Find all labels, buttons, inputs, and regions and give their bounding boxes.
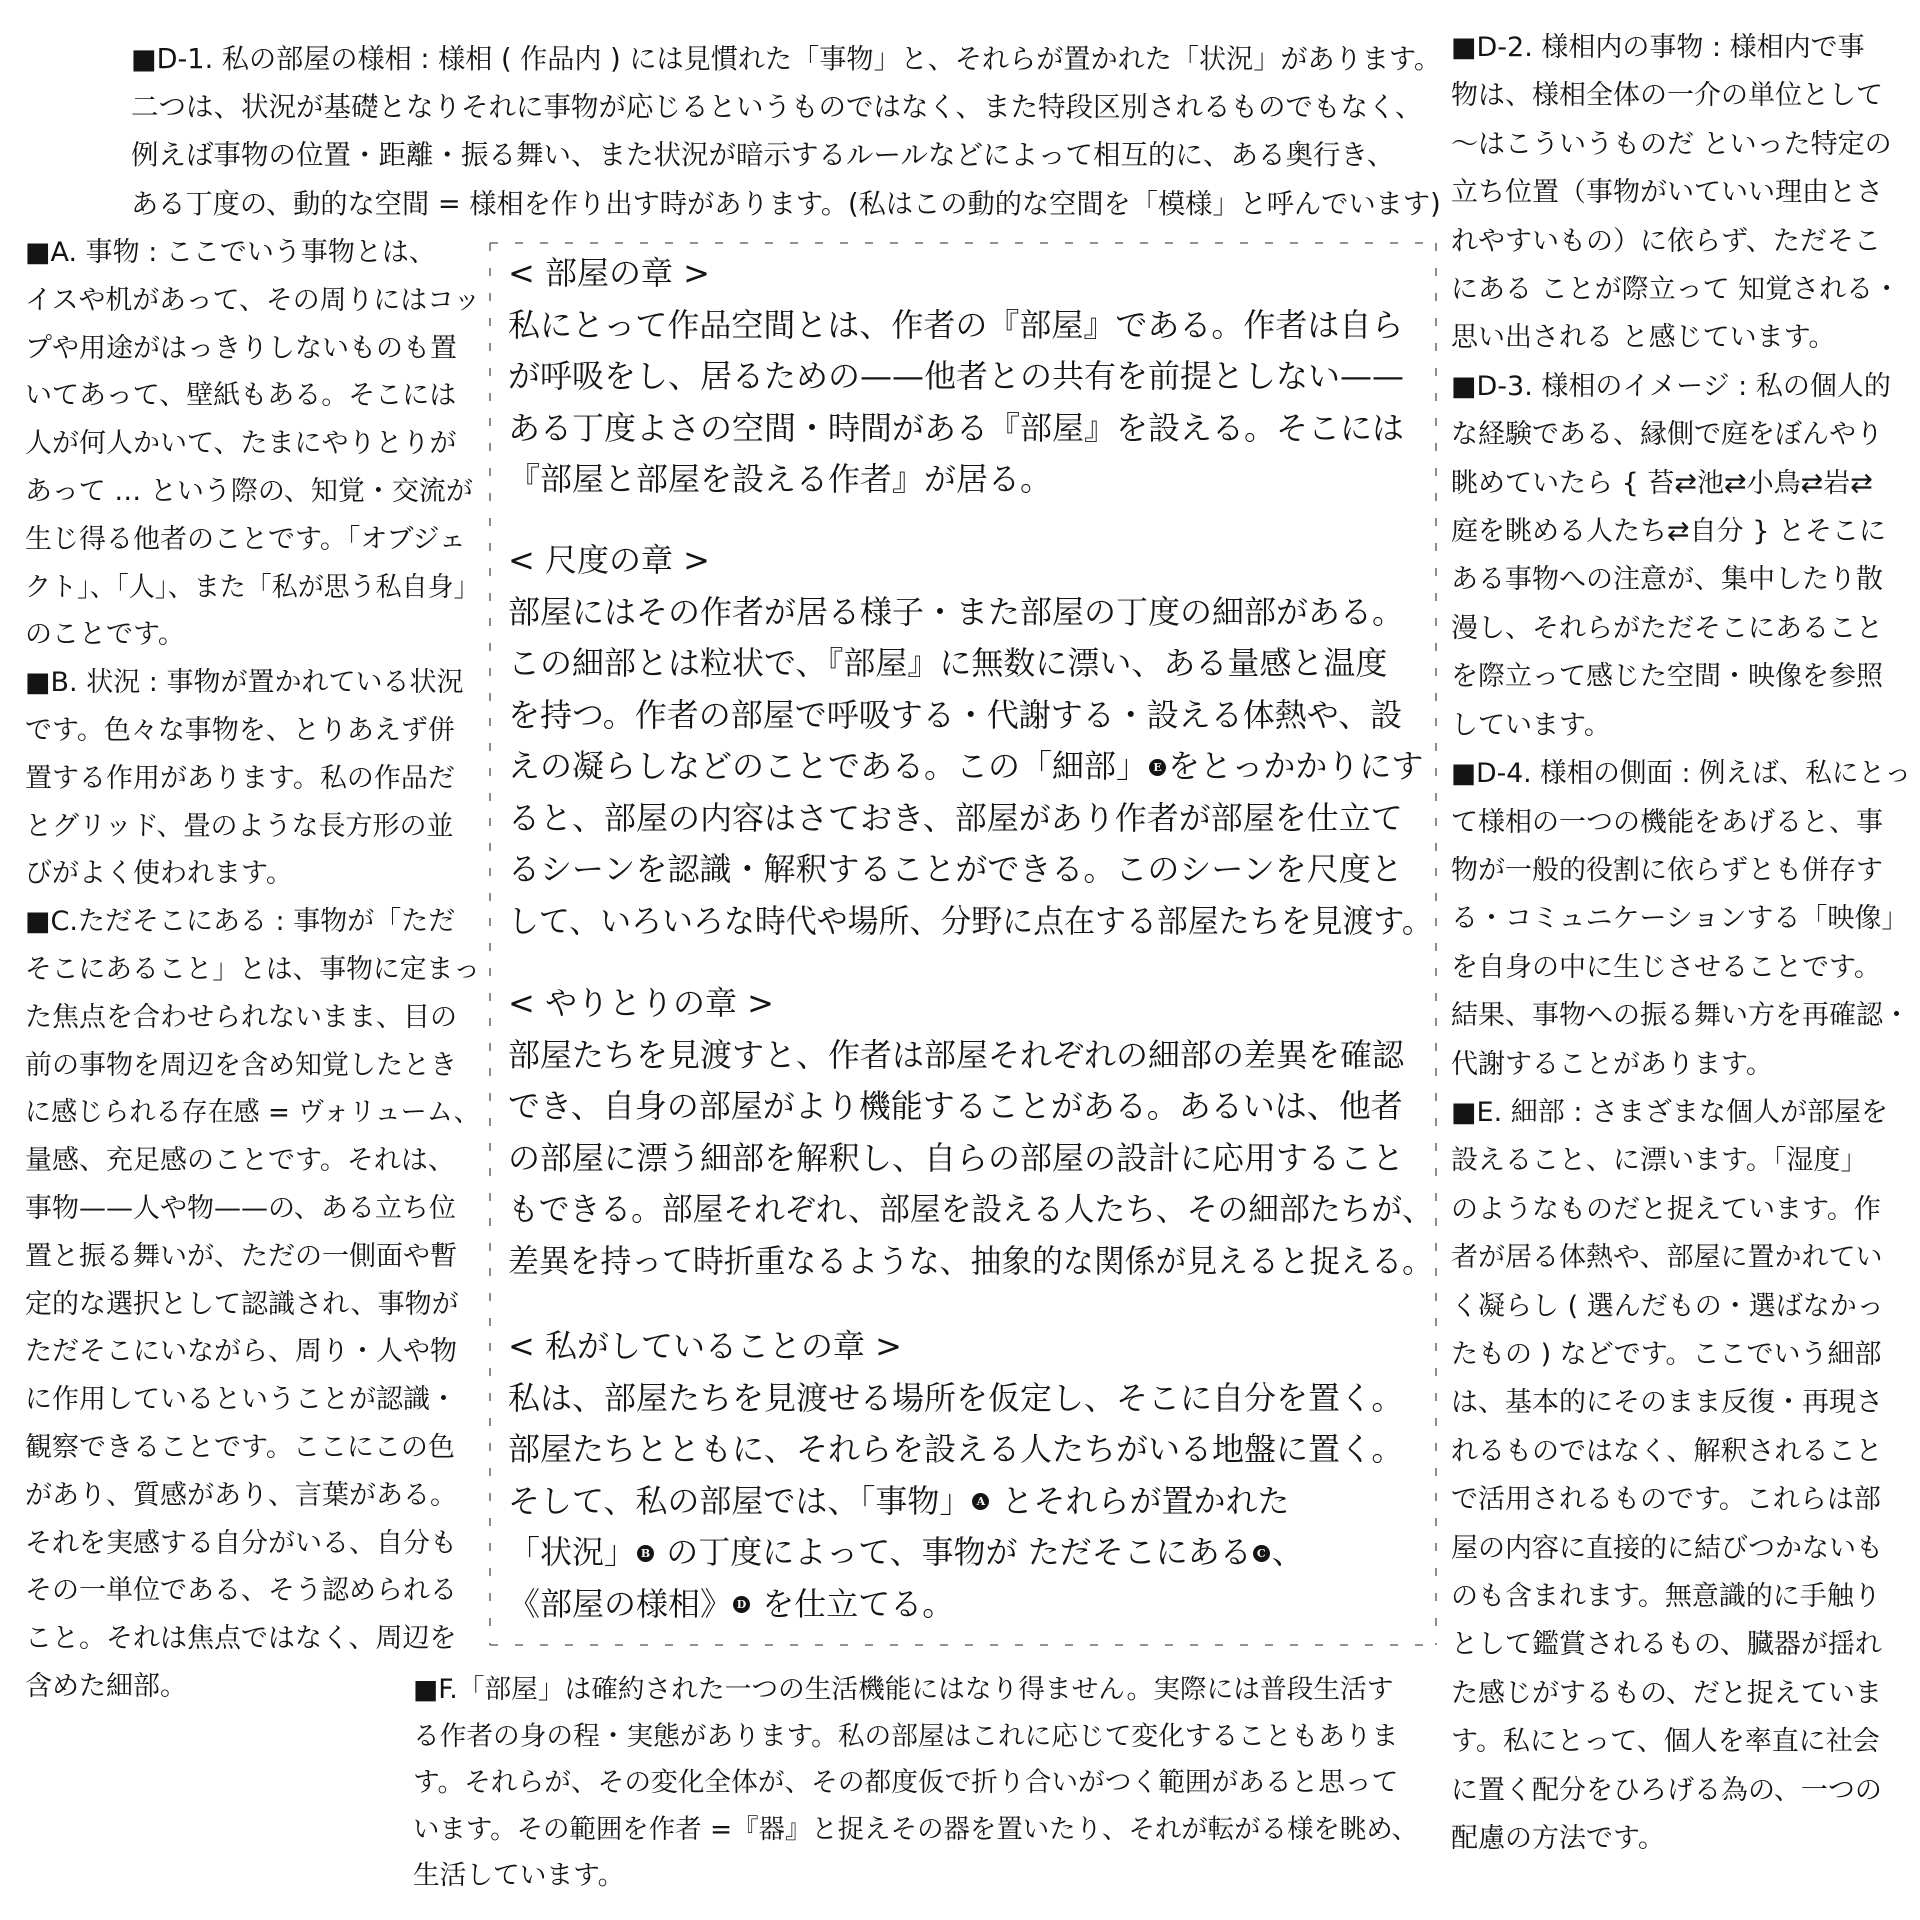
text-line: 私にとって作品空間とは、作者の『部屋』である。作者は自ら	[508, 300, 1433, 352]
text-line: ある丁度の、動的な空間 = 様相を作り出す時があります。(私はこの動的な空間を「…	[131, 180, 1427, 228]
text-segment: 《部屋の様相》	[508, 1585, 732, 1623]
text-line: もできる。部屋それぞれ、部屋を設える人たち、その細部たちが、	[508, 1184, 1397, 1236]
text-line: のも含まれます。無意識的に手触り	[1451, 1573, 1911, 1621]
text-line: 物は、様相全体の一介の単位として	[1451, 72, 1911, 120]
text-line: 生じ得る他者のことです。「オブジェ	[25, 516, 480, 564]
text-line: な経験である、縁側で庭をぼんやり	[1451, 411, 1911, 459]
text-line: 置する作用があります。私の作品だ	[25, 755, 480, 803]
text-line: 含めた細部。	[25, 1663, 480, 1711]
text-line: れるものではなく、解釈されること	[1451, 1428, 1911, 1476]
text-line: ■A. 事物 : ここでいう事物とは、	[25, 229, 480, 277]
definition-d2: ■D-2. 様相内の事物 : 様相内で事 物は、様相全体の一介の単位として 〜は…	[1451, 24, 1911, 363]
text-line: たもの ) などです。ここでいう細部	[1451, 1331, 1911, 1379]
text-segment: 、	[1272, 1533, 1304, 1571]
text-segment: そして、私の部屋では、「事物」	[508, 1482, 971, 1520]
text-line: 部屋にはその作者が居る様子・また部屋の丁度の細部がある。	[508, 587, 1433, 639]
text-line: 屋の内容に直接的に結びつかないも	[1451, 1525, 1911, 1573]
definition-c: ■C.ただそこにある : 事物が「ただ そこにあること」とは、事物に定まっ た焦…	[25, 898, 480, 1711]
text-line: 例えば事物の位置・距離・振る舞い、また状況が暗示するルールなどによって相互的に、…	[131, 131, 1441, 179]
chapter-room: < 部屋の章 > 私にとって作品空間とは、作者の『部屋』である。作者は自ら が呼…	[508, 248, 1433, 506]
chapter-what-i-do: < 私がしていることの章 > 私は、部屋たちを見渡せる場所を仮定し、そこに自分を…	[508, 1321, 1433, 1630]
text-segment: をとっかかりにす	[1168, 747, 1423, 785]
text-line: として鑑賞されるもの、臓器が揺れ	[1451, 1621, 1911, 1669]
text-line: 前の事物を周辺を含め知覚したとき	[25, 1042, 480, 1090]
text-line: く凝らし ( 選んだもの・選ばなかっ	[1451, 1283, 1911, 1331]
text-line: 漫し、それらがただそこにあること	[1451, 605, 1911, 653]
text-line: るシーンを認識・解釈することができる。このシーンを尺度と	[508, 844, 1433, 896]
text-line: して、いろいろな時代や場所、分野に点在する部屋たちを見渡す。	[508, 896, 1402, 948]
text-line: て様相の一つの機能をあげると、事	[1451, 799, 1911, 847]
chapter-heading: < 部屋の章 >	[508, 248, 1433, 300]
text-line: を際立って感じた空間・映像を参照	[1451, 653, 1911, 701]
text-line: こと。それは焦点ではなく、周辺を	[25, 1615, 480, 1663]
text-segment: を仕立てる。	[752, 1585, 954, 1623]
text-line: 観察できることです。ここにこの色	[25, 1424, 480, 1472]
text-line: 部屋たちを見渡すと、作者は部屋それぞれの細部の差異を確認	[508, 1030, 1433, 1082]
text-line: 量感、充足感のことです。それは、	[25, 1137, 480, 1185]
text-line: 事物——人や物——の、ある立ち位	[25, 1185, 480, 1233]
definition-b: ■B. 状況 : 事物が置かれている状況 です。色々な事物を、とりあえず併 置す…	[25, 659, 480, 898]
text-line: クト」、「人」、また「私が思う私自身」	[25, 564, 463, 612]
text-line: れやすいもの）に依らず、ただそこ	[1451, 218, 1911, 266]
text-line: ■C.ただそこにある : 事物が「ただ	[25, 898, 480, 946]
text-line: 結果、事物への振る舞い方を再確認・	[1451, 992, 1911, 1040]
chapter-heading: < やりとりの章 >	[508, 978, 1433, 1030]
text-line: る・コミュニケーションする「映像」	[1451, 895, 1911, 943]
text-line: 二つは、状況が基礎となりそれに事物が応じるというものではなく、また特段区別される…	[131, 83, 1441, 131]
text-line: 者が居る体熱や、部屋に置かれてい	[1451, 1234, 1911, 1282]
text-segment: 「状況」	[508, 1533, 636, 1571]
text-line: た感じがするもの、だと捉えていま	[1451, 1670, 1911, 1718]
text-line: 私は、部屋たちを見渡せる場所を仮定し、そこに自分を置く。	[508, 1373, 1433, 1425]
text-line: しています。	[1451, 702, 1911, 750]
text-line: ■B. 状況 : 事物が置かれている状況	[25, 659, 480, 707]
text-line: 〜はこういうものだ といった特定の	[1451, 121, 1911, 169]
text-line: を持つ。作者の部屋で呼吸する・代謝する・設える体熱や、設	[508, 690, 1433, 742]
text-line: で活用されるものです。これらは部	[1451, 1476, 1911, 1524]
text-line: 代謝することがあります。	[1451, 1041, 1911, 1089]
text-line: 立ち位置（事物がいていい理由とさ	[1451, 169, 1911, 217]
text-line: とグリッド、畳のような長方形の並	[25, 803, 480, 851]
text-line: が呼吸をし、居るための——他者との共有を前提としない——	[508, 351, 1433, 403]
text-line: 配慮の方法です。	[1451, 1815, 1911, 1863]
text-line: ■D-3. 様相のイメージ : 私の個人的	[1451, 363, 1911, 411]
text-line: ると、部屋の内容はさておき、部屋があり作者が部屋を仕立て	[508, 793, 1433, 845]
text-line: びがよく使われます。	[25, 850, 480, 898]
circled-e-icon: E	[1149, 759, 1166, 776]
text-line: 庭を眺める人たち⇄自分 } とそこに	[1451, 508, 1911, 556]
definition-a: ■A. 事物 : ここでいう事物とは、 イスや机があって、その周りにはコッ プや…	[25, 229, 480, 659]
text-line: イスや机があって、その周りにはコッ	[25, 277, 478, 325]
definition-f: ■F.「部屋」は確約された一つの生活機能にはなり得ません。実際には普段生活す る…	[413, 1667, 1418, 1900]
text-line: に作用しているということが認識・	[25, 1376, 480, 1424]
text-line: 『部屋と部屋を設える作者』が居る。	[508, 454, 1433, 506]
text-line: です。色々な事物を、とりあえず併	[25, 707, 480, 755]
text-line: ■D-2. 様相内の事物 : 様相内で事	[1451, 24, 1911, 72]
text-line: でき、自身の部屋がより機能することがある。あるいは、他者	[508, 1081, 1433, 1133]
chapter-exchange: < やりとりの章 > 部屋たちを見渡すと、作者は部屋それぞれの細部の差異を確認 …	[508, 978, 1433, 1287]
text-line: ■E. 細部 : さまざまな個人が部屋を	[1451, 1089, 1911, 1137]
text-line: それを実感する自分がいる、自分も	[25, 1520, 480, 1568]
text-line: 部屋たちとともに、それらを設える人たちがいる地盤に置く。	[508, 1424, 1433, 1476]
definition-d4: ■D-4. 様相の側面 : 例えば、私にとっ て様相の一つの機能をあげると、事 …	[1451, 750, 1911, 1089]
text-line: に置く配分をひろげる為の、一つの	[1451, 1767, 1911, 1815]
text-line: 設えること、に漂います。「湿度」	[1451, 1137, 1911, 1185]
center-chapters: < 部屋の章 > 私にとって作品空間とは、作者の『部屋』である。作者は自ら が呼…	[508, 248, 1433, 1630]
text-line: を自身の中に生じさせることです。	[1451, 944, 1911, 992]
text-line: えの凝らしなどのことである。この「細部」Eをとっかかりにす	[508, 741, 1433, 793]
text-line: のことです。	[25, 611, 480, 659]
text-line: 《部屋の様相》D を仕立てる。	[508, 1579, 1433, 1631]
chapter-heading: < 尺度の章 >	[508, 535, 1433, 587]
text-line: る作者の身の程・実態があります。私の部屋はこれに応じて変化することもありま	[413, 1714, 1418, 1761]
right-column: ■D-2. 様相内の事物 : 様相内で事 物は、様相全体の一介の単位として 〜は…	[1451, 24, 1911, 1863]
text-segment: とそれらが置かれた	[991, 1482, 1289, 1520]
text-line: います。その範囲を作者 =『器』と捉えその器を置いたり、それが転がる様を眺め、	[413, 1807, 1408, 1854]
text-line: 物が一般的役割に依らずとも併存す	[1451, 847, 1911, 895]
text-line: ■D-1. 私の部屋の様相 : 様相 ( 作品内 ) には見慣れた「事物」と、そ…	[131, 35, 1423, 83]
text-line: その一単位である、そう認められる	[25, 1567, 480, 1615]
chapter-scale: < 尺度の章 > 部屋にはその作者が居る様子・また部屋の丁度の細部がある。 この…	[508, 535, 1433, 947]
definition-d3: ■D-3. 様相のイメージ : 私の個人的 な経験である、縁側で庭をぼんやり 眺…	[1451, 363, 1911, 750]
definition-e: ■E. 細部 : さまざまな個人が部屋を 設えること、に漂います。「湿度」 のよ…	[1451, 1089, 1911, 1864]
circled-d-icon: D	[733, 1596, 750, 1613]
text-line: 置と振る舞いが、ただの一側面や暫	[25, 1233, 480, 1281]
text-line: ■D-4. 様相の側面 : 例えば、私にとっ	[1451, 750, 1904, 798]
text-line: 生活しています。	[413, 1853, 1418, 1900]
text-line: があり、質感があり、言葉がある。	[25, 1472, 480, 1520]
chapter-heading: < 私がしていることの章 >	[508, 1321, 1433, 1373]
text-line: 「状況」B の丁度によって、事物が ただそこにあるC、	[508, 1527, 1433, 1579]
text-line: 差異を持って時折重なるような、抽象的な関係が見えると捉える。	[508, 1236, 1399, 1288]
left-column: ■A. 事物 : ここでいう事物とは、 イスや机があって、その周りにはコッ プや…	[25, 229, 480, 1711]
circled-c-icon: C	[1253, 1545, 1270, 1562]
text-line: 思い出される と感じています。	[1451, 314, 1911, 362]
definition-d1: ■D-1. 私の部屋の様相 : 様相 ( 作品内 ) には見慣れた「事物」と、そ…	[131, 35, 1441, 228]
text-line: にある ことが際立って 知覚される・	[1451, 266, 1911, 314]
text-line: 人が何人かいて、たまにやりとりが	[25, 420, 480, 468]
text-line: に感じられる存在感 = ヴォリューム、	[25, 1089, 465, 1137]
text-line: 定的な選択として認識され、事物が	[25, 1281, 480, 1329]
circled-b-icon: B	[637, 1545, 654, 1562]
text-line: す。私にとって、個人を率直に社会	[1451, 1718, 1911, 1766]
text-line: あって … という際の、知覚・交流が	[25, 468, 480, 516]
text-line: ただそこにいながら、周り・人や物	[25, 1328, 480, 1376]
text-line: のようなものだと捉えています。作	[1451, 1186, 1911, 1234]
text-segment: えの凝らしなどのことである。この「細部」	[508, 747, 1148, 785]
text-line: そして、私の部屋では、「事物」A とそれらが置かれた	[508, 1476, 1433, 1528]
text-line: プや用途がはっきりしないものも置	[25, 325, 480, 373]
text-line: た焦点を合わせられないまま、目の	[25, 994, 480, 1042]
text-line: ある事物への注意が、集中したり散	[1451, 556, 1911, 604]
text-line: 眺めていたら { 苔⇄池⇄小鳥⇄岩⇄	[1451, 460, 1911, 508]
text-line: は、基本的にそのまま反復・再現さ	[1451, 1379, 1911, 1427]
circled-a-icon: A	[972, 1493, 989, 1510]
text-segment: の丁度によって、事物が ただそこにある	[656, 1533, 1252, 1571]
text-line: いてあって、壁紙もある。そこには	[25, 372, 480, 420]
text-line: の部屋に漂う細部を解釈し、自らの部屋の設計に応用すること	[508, 1133, 1433, 1185]
text-line: この細部とは粒状で、『部屋』に無数に漂い、ある量感と温度	[508, 638, 1433, 690]
text-line: ■F.「部屋」は確約された一つの生活機能にはなり得ません。実際には普段生活す	[413, 1667, 1418, 1714]
text-line: す。それらが、その変化全体が、その都度仮で折り合いがつく範囲があると思って	[413, 1760, 1418, 1807]
text-line: ある丁度よさの空間・時間がある『部屋』を設える。そこには	[508, 403, 1433, 455]
text-line: そこにあること」とは、事物に定まっ	[25, 946, 476, 994]
